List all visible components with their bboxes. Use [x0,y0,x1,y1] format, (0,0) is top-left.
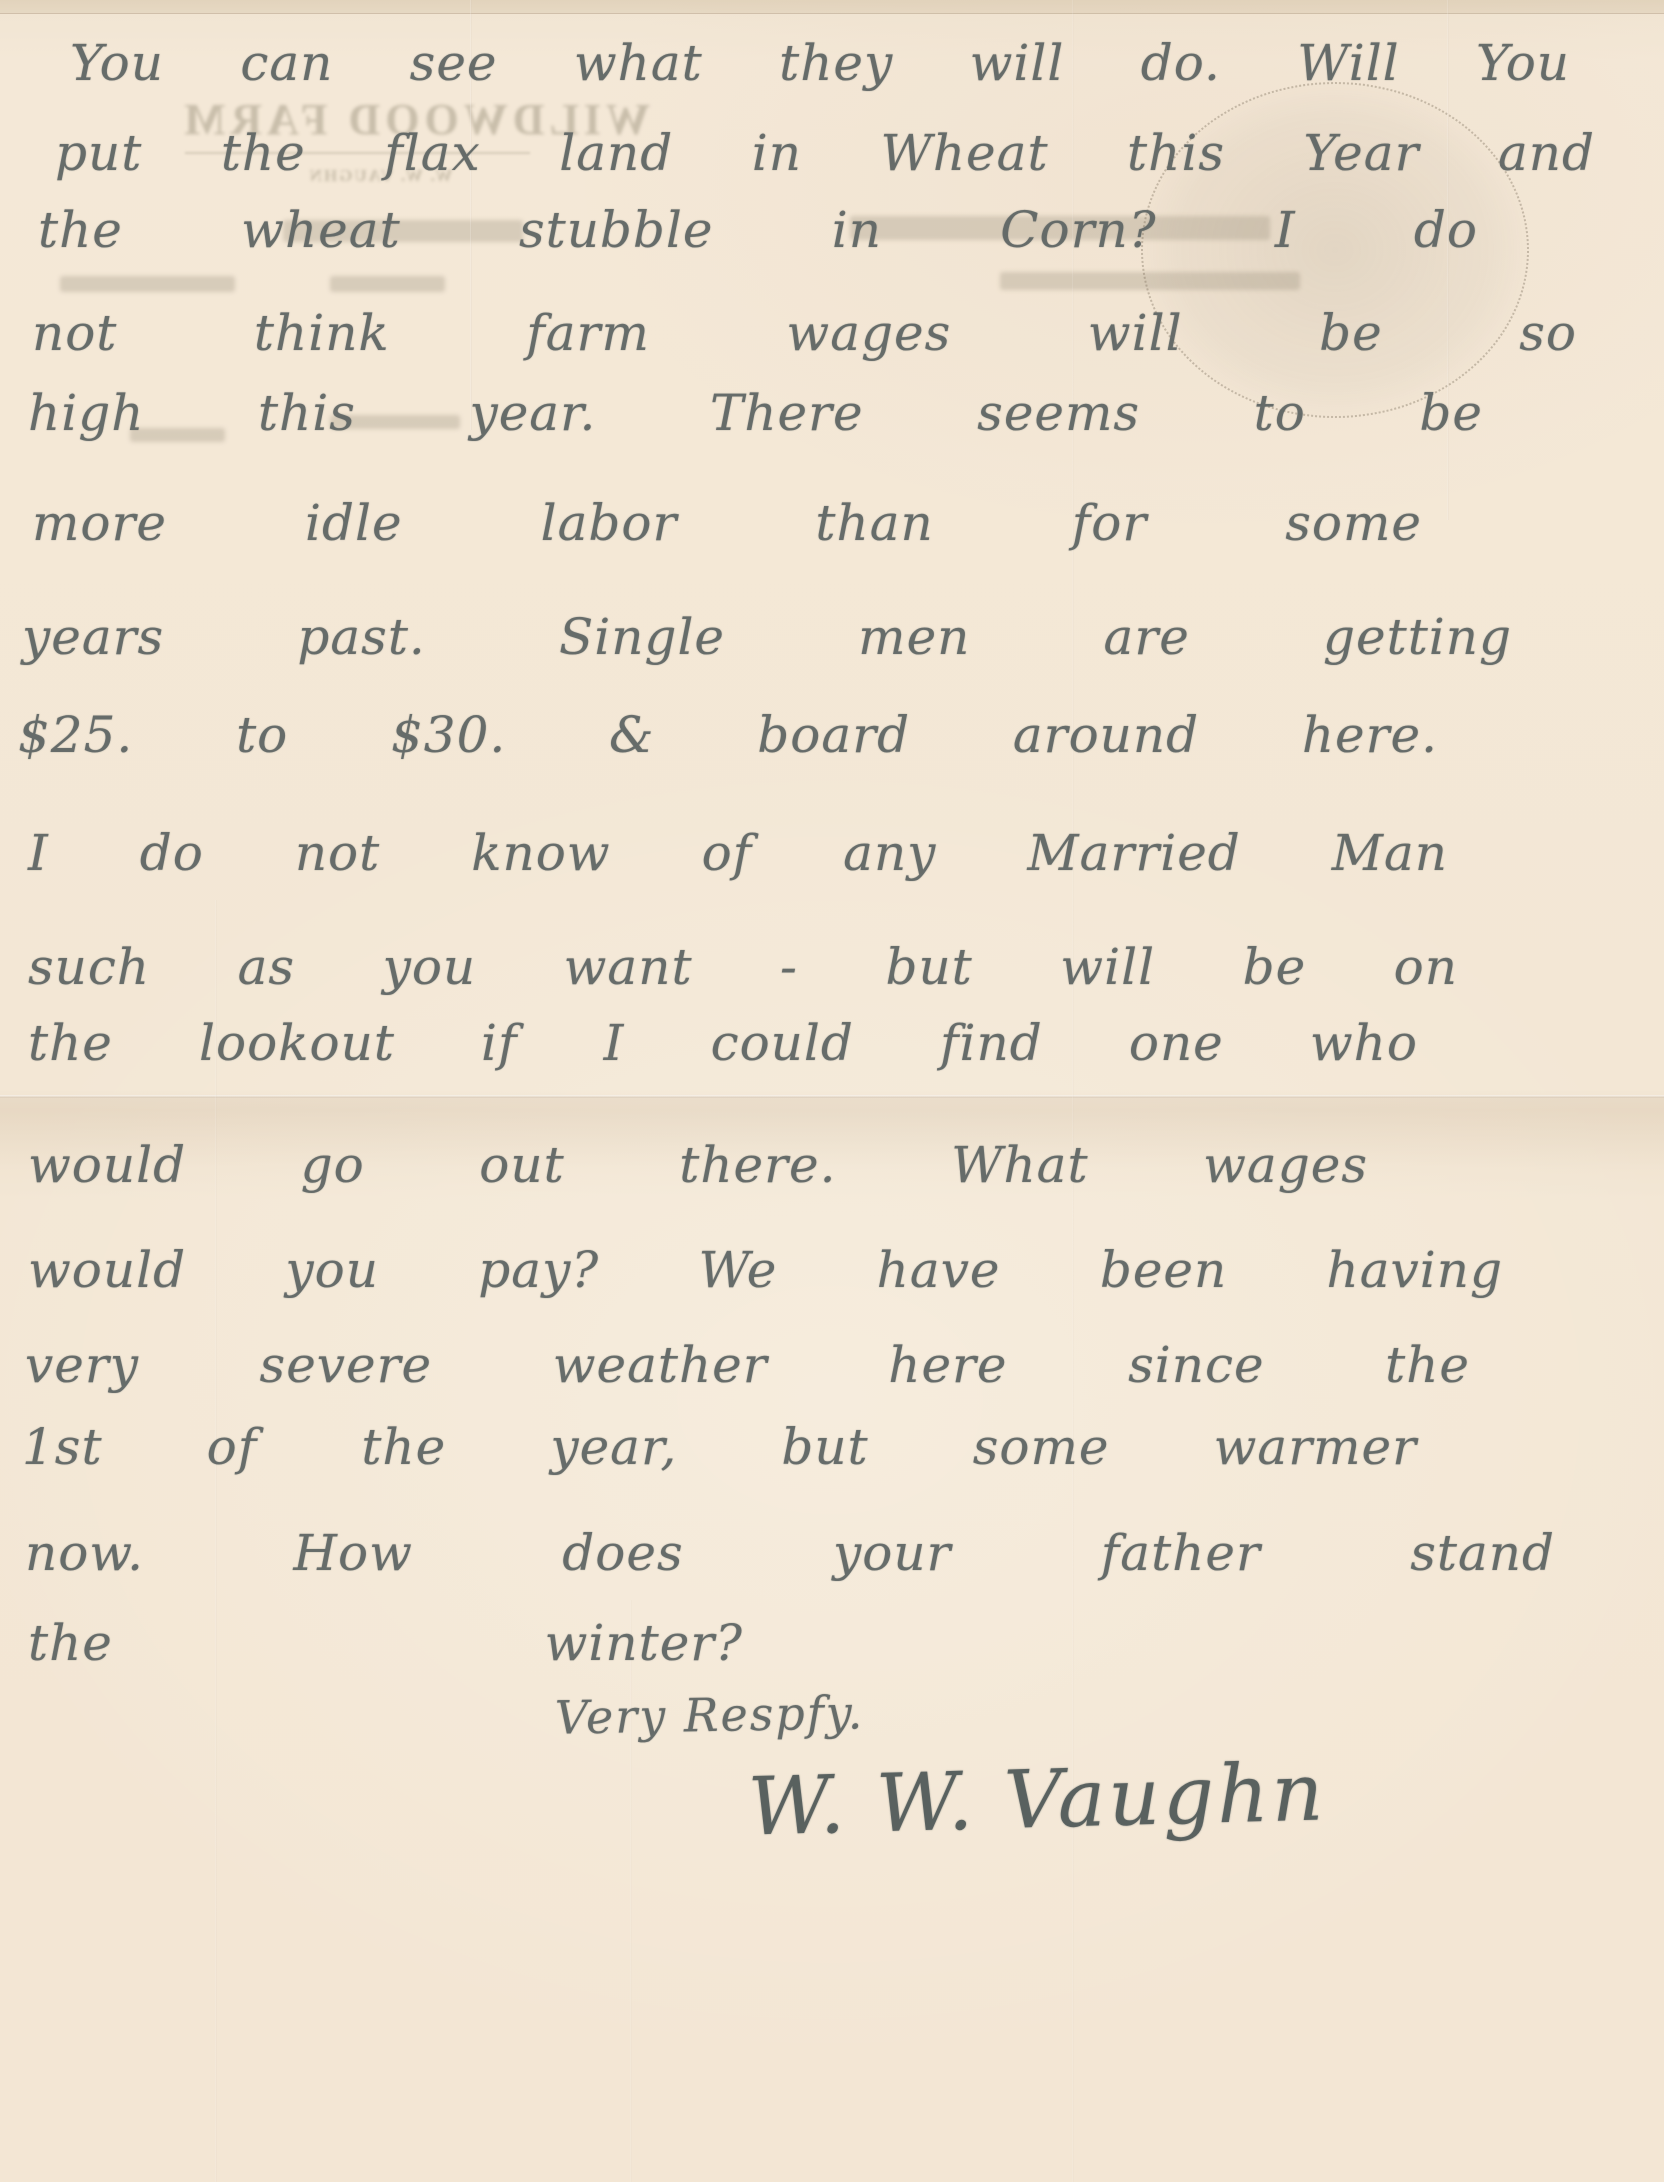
letter-line: very severe weather here since the [25,1340,1470,1390]
letter-line: such as you want - but will be on [28,942,1458,992]
letter-line: now. How does your father stand [25,1528,1555,1578]
letter-line: $25. to $30. & board around here. [18,710,1438,760]
letter-line: You can see what they will do. Will You [70,38,1570,88]
fold-crease-vertical-lower-mid [630,1600,632,2182]
letter-line: high this year. There seems to be [28,388,1483,438]
letter-line: would go out there. What wages [28,1140,1368,1190]
signature: W. W. Vaughn [747,1752,1327,1847]
paper-top-edge [0,0,1664,14]
letter-line: I do not know of any Married Man [28,828,1448,878]
bleedthrough-text-smudge [60,276,235,292]
letter-line: years past. Single men are getting [22,612,1512,662]
letter-line: put the flax land in Wheat this Year and [55,128,1595,178]
letter-line: not think farm wages will be so [32,308,1577,358]
letter-line: more idle labor than for some [32,498,1422,548]
bleedthrough-text-smudge [330,276,445,292]
letter-line: 1st of the year, but some warmer [22,1422,1417,1472]
letter-line: the winter? [28,1618,743,1668]
closing-valediction: Very Respfy. [555,1689,865,1740]
letter-line: would you pay? We have been having [28,1245,1503,1295]
letter-line: the lookout if I could find one who [28,1018,1418,1068]
letter-line: the wheat stubble in Corn? I do [38,205,1478,255]
letter-page: WILDWOOD FARM W. W. VAUGHN You can see w… [0,0,1664,2182]
